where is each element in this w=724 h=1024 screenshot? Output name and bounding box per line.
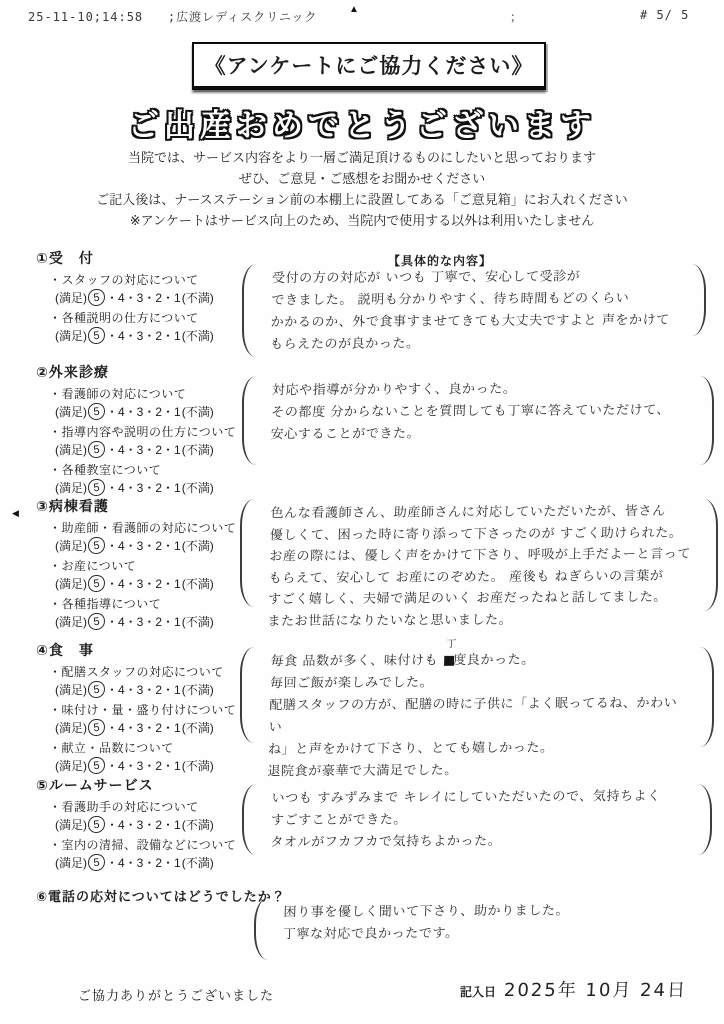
comment-line: タオルがフカフカで気持ちよかった。 — [270, 830, 685, 855]
handwritten-comment: 受付の方の対応が いつも 丁寧で、安心して受診が できました。 説明も分かりやす… — [264, 263, 685, 359]
handwritten-comment: 色んな看護師さん、助産師さんに対応していただいたが、皆さん 優しくて、困った時に… — [261, 498, 697, 635]
rating-others: ・4・3・2・1 — [106, 854, 181, 871]
left-paren — [242, 784, 257, 855]
comment-line: 丁寧な対応で良かったです。 — [283, 922, 665, 946]
date-value-handwritten: 2025年 10月 24日 — [503, 976, 687, 1002]
left-paren — [240, 499, 255, 607]
comment-line: できました。 説明も分かりやすく、待ち時間もどのくらい — [271, 288, 680, 312]
rating-circled-5: 5 — [87, 815, 105, 833]
comment-block-ward-nursing: 色んな看護師さん、助産師さんに対応していただいたが、皆さん 優しくて、困った時に… — [240, 499, 718, 633]
rating-circled-5: 5 — [87, 756, 105, 774]
rating-circled-5: 5 — [87, 718, 105, 736]
comment-line: 配膳スタッフの方が、配膳の時に子供に「よく眠ってるね、かわいい — [268, 693, 687, 740]
left-paren — [254, 898, 269, 960]
comment-block-phone: 困り事を優しく聞いて下さり、助かりました。 丁寧な対応で良かったです。 — [254, 898, 668, 961]
rating-others: ・4・3・2・1 — [106, 613, 181, 630]
fax-page-indicator: # 5/ 5 — [640, 8, 689, 22]
rating-suffix: (不満) — [182, 327, 214, 344]
comment-block-meals: 毎食 品数が多く、味付けも 丁■度良かった。 毎回ご飯が楽しみでした。 配膳スタ… — [240, 647, 714, 784]
rating-others: ・4・3・2・1 — [106, 403, 181, 420]
rating-row: (満足) 5 ・4・3・2・1 (不満) — [55, 854, 296, 871]
comment-line: もらえて、安心して お産にのぞめた。 産後も ねぎらいの言葉が — [268, 565, 691, 589]
survey-title: 《アンケートにご協力ください》 — [205, 50, 534, 80]
rating-circled-5: 5 — [87, 440, 105, 458]
rating-prefix: (満足) — [55, 719, 87, 736]
rating-circled-5: 5 — [87, 326, 105, 344]
comment-line: 退院食が豪華で大満足でした。 — [267, 759, 686, 784]
rating-suffix: (不満) — [182, 613, 214, 630]
rating-others: ・4・3・2・1 — [106, 479, 181, 496]
right-paren — [699, 376, 714, 465]
rating-prefix: (満足) — [55, 289, 87, 306]
comment-line: 毎回ご飯が楽しみでした。 — [270, 671, 689, 696]
intro-line-1: 当院では、サービス内容をより一層ご満足頂けるものにしたいと思っております — [0, 147, 724, 168]
rating-prefix: (満足) — [55, 479, 87, 496]
rating-others: ・4・3・2・1 — [106, 757, 181, 774]
rating-prefix: (満足) — [55, 441, 87, 458]
rating-prefix: (満足) — [55, 537, 87, 554]
rating-circled-5: 5 — [87, 612, 105, 630]
rating-suffix: (不満) — [182, 537, 214, 554]
footer-date: 記入日 2025年 10月 24日 — [460, 976, 687, 1002]
fax-mark-separator: ； — [510, 8, 523, 25]
rating-prefix: (満足) — [55, 327, 87, 344]
rating-prefix: (満足) — [55, 575, 87, 592]
fax-mark-triangle-up: ▲ — [349, 4, 359, 15]
rating-others: ・4・3・2・1 — [106, 719, 181, 736]
comment-line: 対応や指導が分かりやすく、良かった。 — [272, 378, 689, 403]
comment-line: 安心することができた。 — [270, 422, 687, 447]
rating-suffix: (不満) — [182, 479, 214, 496]
comment-line: すごく嬉しく、夫婦で満足のいく お産だったねと話してました。 — [268, 587, 691, 611]
right-paren — [691, 264, 706, 336]
rating-suffix: (不満) — [182, 403, 214, 420]
right-paren — [703, 499, 718, 611]
scanned-survey-page: 25-11-10;14:58 ;広渡レディスクリニック ▲ ； # 5/ 5 ◀… — [0, 0, 724, 1024]
rating-circled-5: 5 — [87, 288, 105, 306]
rating-circled-5: 5 — [87, 478, 105, 496]
survey-title-box: 《アンケートにご協力ください》 — [192, 42, 546, 90]
rating-suffix: (不満) — [182, 575, 214, 592]
comment-block-room-service: いつも すみずみまで キレイにしていただいたので、気持ちよく すごすことができた… — [242, 784, 712, 855]
handwritten-comment: 毎食 品数が多く、味付けも 丁■度良かった。 毎回ご飯が楽しみでした。 配膳スタ… — [261, 646, 693, 786]
left-paren — [242, 264, 257, 357]
comment-line: またお世話になりたいなと思いました。 — [267, 608, 690, 632]
comment-text-post: 度良かった。 — [453, 653, 535, 669]
rating-others: ・4・3・2・1 — [106, 816, 181, 833]
rating-prefix: (満足) — [55, 613, 87, 630]
right-paren — [699, 647, 714, 747]
rating-prefix: (満足) — [55, 854, 87, 871]
rating-prefix: (満足) — [55, 403, 87, 420]
handwritten-comment: いつも すみずみまで キレイにしていただいたので、気持ちよく すごすことができた… — [264, 783, 690, 857]
rating-suffix: (不満) — [182, 854, 214, 871]
rating-row: (満足) 5 ・4・3・2・1 (不満) — [55, 479, 296, 496]
comment-block-reception: 受付の方の対応が いつも 丁寧で、安心して受診が できました。 説明も分かりやす… — [242, 264, 706, 357]
comment-line: その都度 分からないことを質問しても丁寧に答えていただけて、 — [271, 400, 688, 425]
fax-sender-text: ;広渡レディスクリニック — [168, 10, 318, 24]
rating-others: ・4・3・2・1 — [106, 537, 181, 554]
right-paren — [697, 784, 712, 855]
rating-prefix: (満足) — [55, 757, 87, 774]
handwritten-comment: 困り事を優しく聞いて下さり、助かりました。 丁寧な対応で良かったです。 — [276, 897, 669, 962]
comment-line: 優しくて、困った時に寄り添って下さったのが すごく助けられた。 — [270, 522, 693, 546]
comment-block-outpatient: 対応や指導が分かりやすく、良かった。 その都度 分からないことを質問しても丁寧に… — [242, 376, 714, 465]
rating-circled-5: 5 — [87, 574, 105, 592]
comment-line: 受付の方の対応が いつも 丁寧で、安心して受診が — [272, 266, 681, 290]
rating-suffix: (不満) — [182, 681, 214, 698]
comment-text-pre: 毎食 品数が多く、味付けも — [270, 653, 443, 669]
comment-line: かかるのか、外で食事すませてきても大丈夫ですよと 声をかけて — [270, 310, 679, 334]
rating-circled-5: 5 — [87, 536, 105, 554]
rating-suffix: (不満) — [182, 719, 214, 736]
rating-suffix: (不満) — [182, 441, 214, 458]
inserted-correction-char: 丁 — [446, 640, 457, 650]
rating-prefix: (満足) — [55, 681, 87, 698]
intro-line-2: ぜひ、ご意見・ご感想をお聞かせください — [0, 168, 724, 189]
rating-suffix: (不満) — [182, 289, 214, 306]
rating-others: ・4・3・2・1 — [106, 327, 181, 344]
rating-others: ・4・3・2・1 — [106, 441, 181, 458]
intro-line-3: ご記入後は、ナースステーション前の本棚上に設置してある「ご意見箱」にお入れくださ… — [0, 189, 724, 210]
intro-paragraph: 当院では、サービス内容をより一層ご満足頂けるものにしたいと思っております ぜひ、… — [0, 147, 724, 231]
rating-suffix: (不満) — [182, 757, 214, 774]
rating-others: ・4・3・2・1 — [106, 289, 181, 306]
fax-timestamp: 25-11-10;14:58 ;広渡レディスクリニック — [28, 8, 317, 25]
handwritten-comment: 対応や指導が分かりやすく、良かった。 その都度 分からないことを質問しても丁寧に… — [264, 375, 693, 467]
rating-suffix: (不満) — [182, 816, 214, 833]
comment-line: 色んな看護師さん、助産師さんに対応していただいたが、皆さん — [270, 501, 693, 525]
footer-thanks: ご協力ありがとうございました — [78, 985, 274, 1004]
fax-time-text: 25-11-10;14:58 — [28, 10, 143, 24]
rating-circled-5: 5 — [87, 402, 105, 420]
comment-line: 困り事を優しく聞いて下さり、助かりました。 — [283, 900, 665, 924]
rating-prefix: (満足) — [55, 816, 87, 833]
scribbled-out-char: 丁■ — [443, 650, 454, 672]
comment-line: ね」と声をかけて下さり、とても嬉しかった。 — [268, 737, 687, 762]
left-paren — [240, 647, 255, 743]
rating-circled-5: 5 — [87, 853, 105, 871]
rating-circled-5: 5 — [87, 680, 105, 698]
comment-line-corrected: 毎食 品数が多く、味付けも 丁■度良かった。 — [270, 649, 689, 674]
comment-line: いつも すみずみまで キレイにしていただいたので、気持ちよく — [271, 786, 686, 811]
comment-line: もらえたのが良かった。 — [270, 332, 679, 356]
rating-others: ・4・3・2・1 — [106, 681, 181, 698]
rating-others: ・4・3・2・1 — [106, 575, 181, 592]
fax-mark-triangle-left: ◀ — [12, 508, 19, 519]
date-label: 記入日 — [460, 983, 496, 1000]
comment-line: お産の際には、優しく声をかけて下さり、呼吸が上手だよーと言って — [269, 544, 692, 568]
left-paren — [242, 376, 257, 465]
congratulations-heading: ご出産おめでとうございます — [0, 100, 724, 145]
comment-line: すごすことができた。 — [271, 808, 686, 833]
intro-line-4: ※アンケートはサービス向上のため、当院内で使用する以外は利用いたしません — [0, 210, 724, 231]
